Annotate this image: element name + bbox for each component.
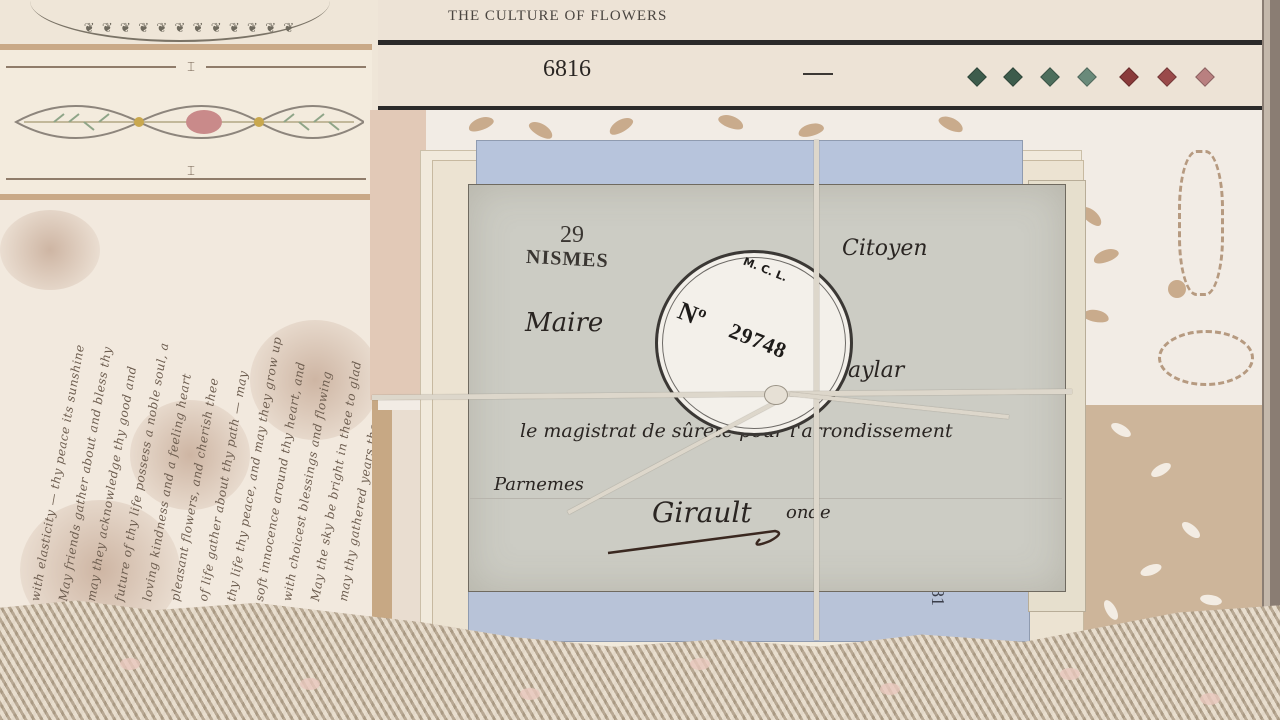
postmark-town: NISMES	[525, 246, 609, 273]
greek-key-ornament-top: ⌶	[176, 62, 206, 74]
signature-suffix: onde	[786, 502, 831, 523]
leaf-wreath-border: ❦ ❦ ❦ ❦ ❦ ❦ ❦ ❦ ❦ ❦ ❦ ❦	[60, 20, 320, 34]
twine-knot	[764, 385, 788, 405]
handwritten-script-paper: with elasticity — thy peace its sunshine…	[0, 200, 372, 620]
catalog-number: 6816	[543, 56, 591, 83]
paper-title: THE CULTURE OF FLOWERS	[448, 8, 667, 25]
postmark-number: 29	[560, 222, 584, 249]
greek-key-ornament-bottom: ⌶	[176, 166, 206, 178]
band-line-bottom	[6, 178, 366, 180]
tan-paper-strip	[372, 400, 392, 620]
speckled-paper	[370, 110, 426, 400]
dash-mark	[803, 73, 833, 75]
twine-vertical	[814, 140, 819, 640]
rose-garland-icon	[14, 92, 364, 152]
signature-flourish-icon	[600, 525, 790, 560]
address-line-parnemes: Parnemes	[494, 474, 584, 495]
address-line-town: aylar	[848, 358, 904, 383]
address-line-citoyen: Citoyen	[842, 236, 928, 261]
letter-fold-horizontal	[470, 498, 1062, 499]
address-line-maire: Maire	[525, 308, 603, 338]
rule-line-top	[378, 40, 1264, 45]
